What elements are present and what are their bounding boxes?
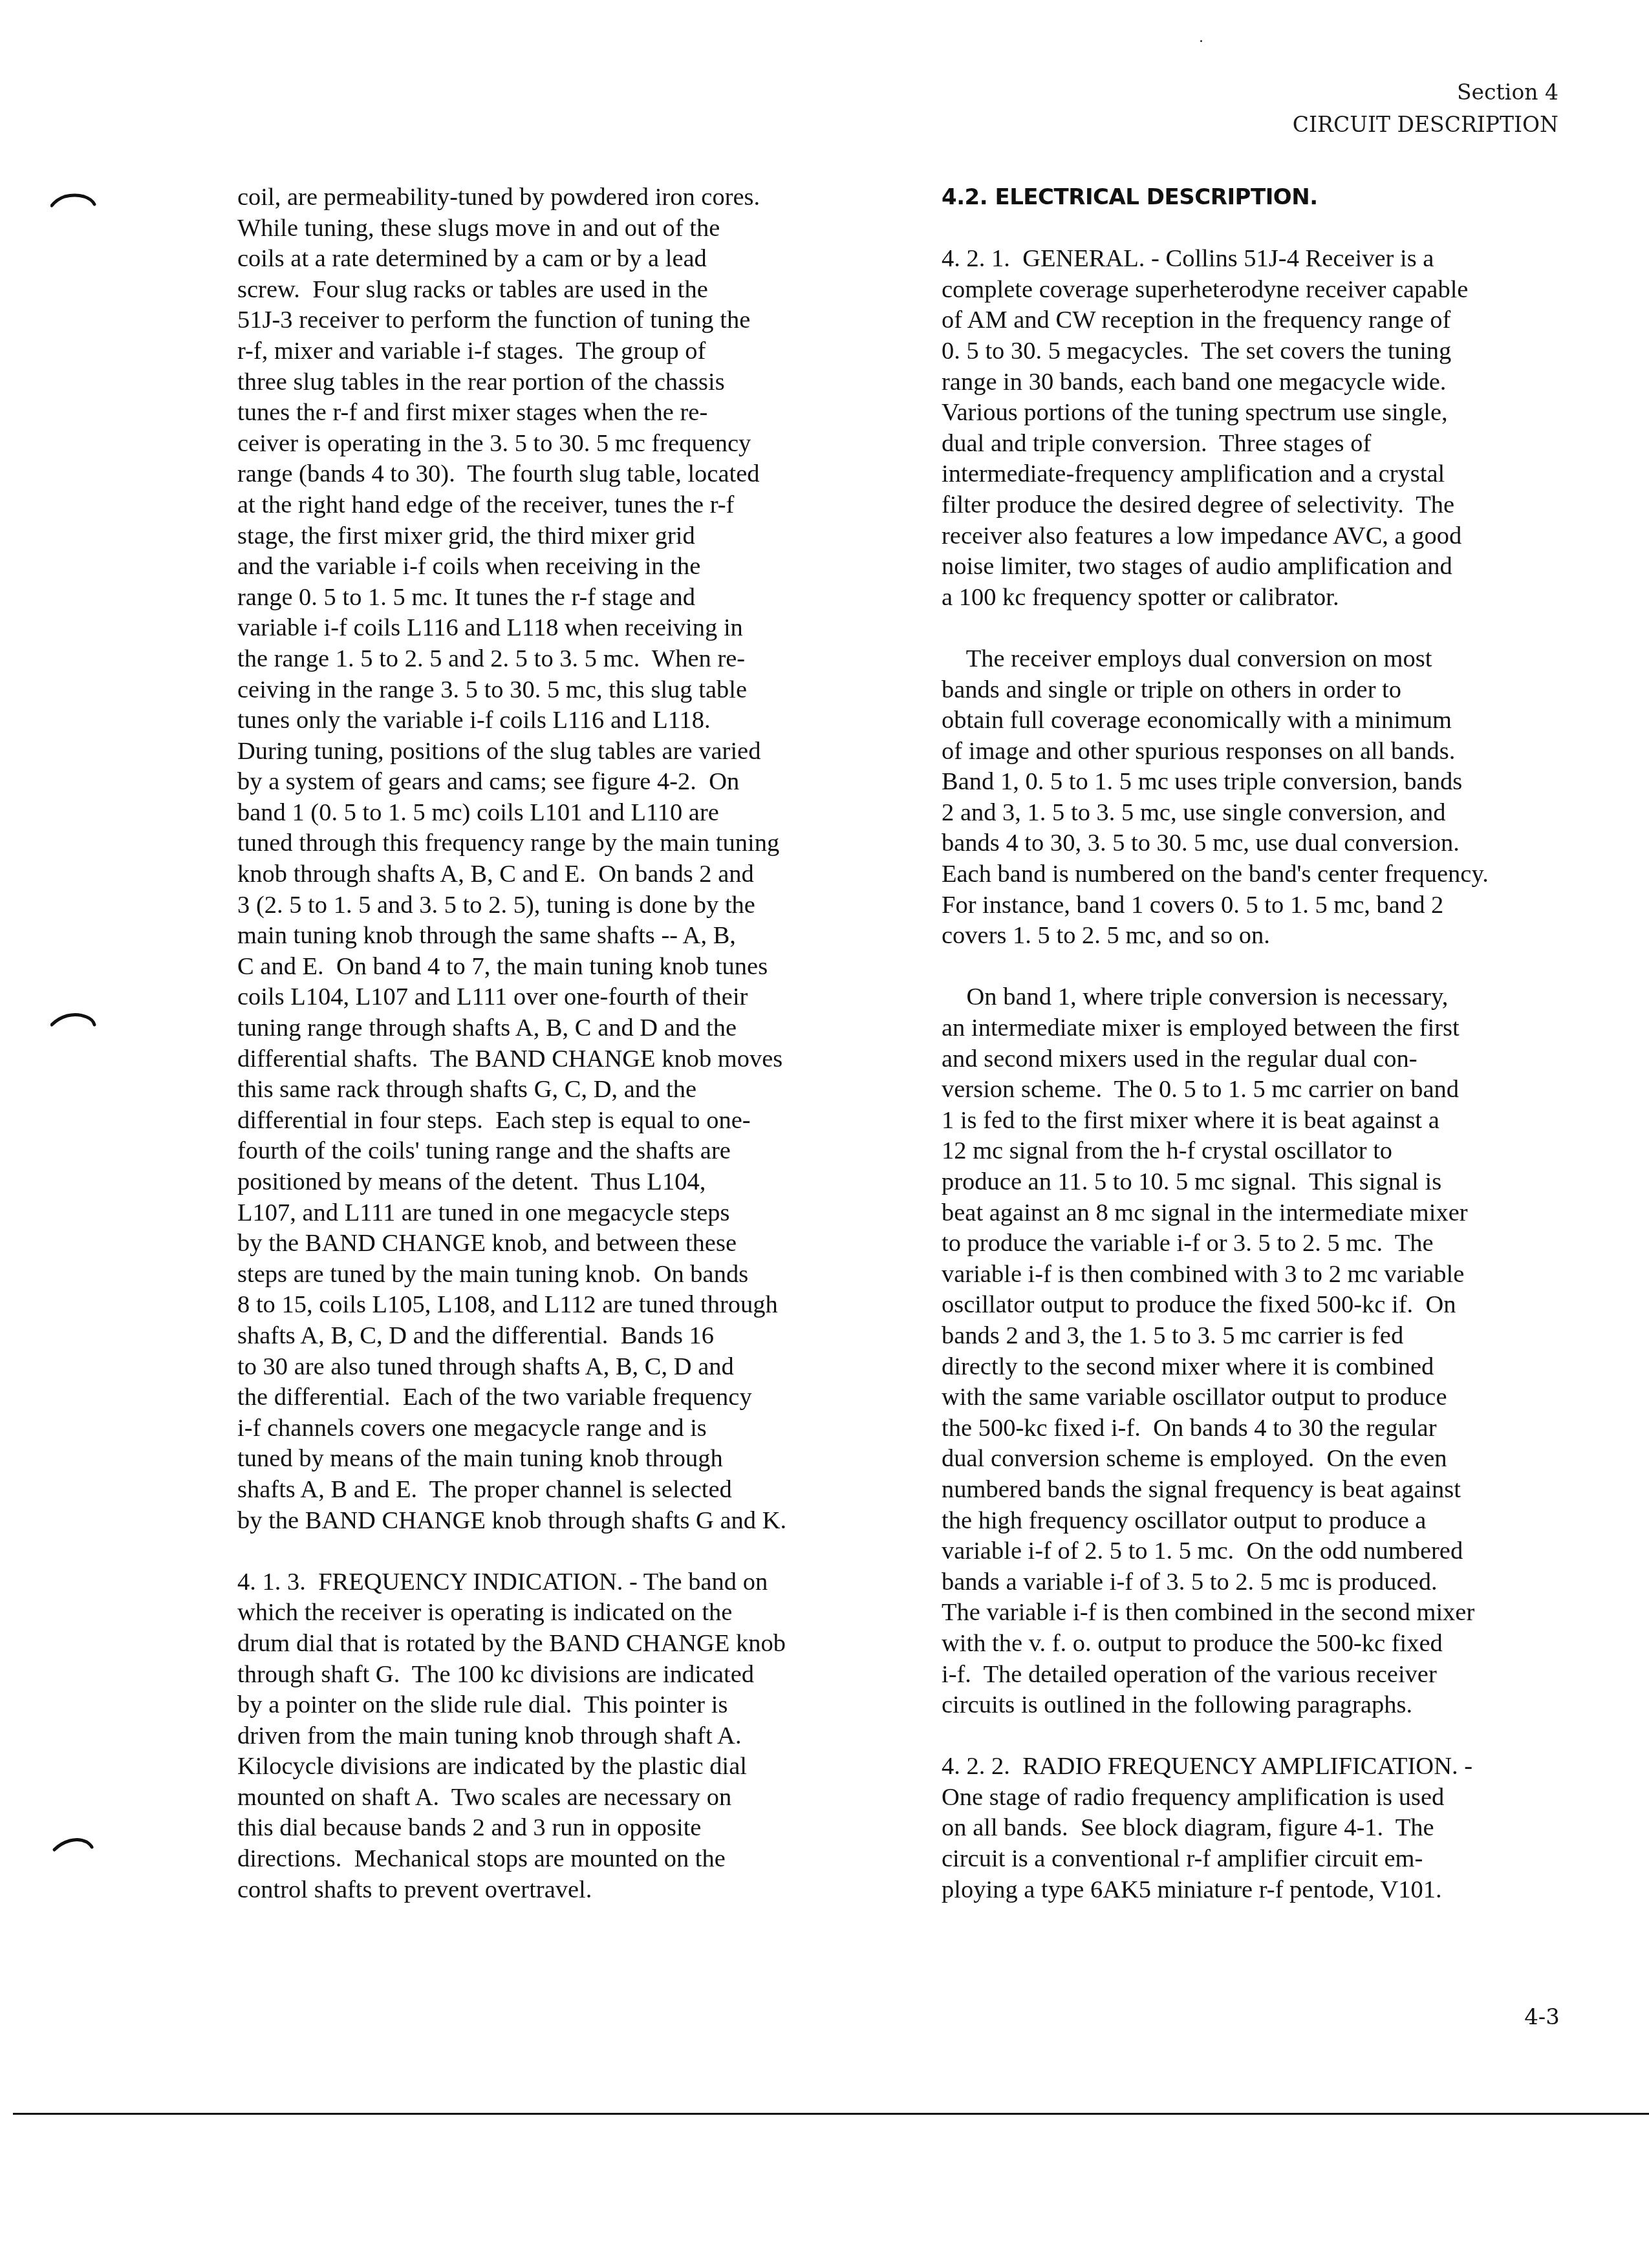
text-line: coil, are permeability-tuned by powdered… xyxy=(237,182,884,213)
text-line: to produce the variable i-f or 3. 5 to 2… xyxy=(942,1228,1588,1259)
text-line: r-f, mixer and variable i-f stages. The … xyxy=(237,336,884,367)
text-line: to 30 are also tuned through shafts A, B… xyxy=(237,1352,884,1383)
text-line: i-f. The detailed operation of the vario… xyxy=(942,1660,1588,1691)
text-line: noise limiter, two stages of audio ampli… xyxy=(942,551,1588,583)
text-line: by the BAND CHANGE knob, and between the… xyxy=(237,1228,884,1259)
section-label: Section 4 xyxy=(1293,76,1558,109)
text-line: During tuning, positions of the slug tab… xyxy=(237,736,884,767)
text-line: 4. 2. 2. RADIO FREQUENCY AMPLIFICATION. … xyxy=(942,1751,1588,1782)
text-line: with the same variable oscillator output… xyxy=(942,1382,1588,1413)
text-line: variable i-f of 2. 5 to 1. 5 mc. On the … xyxy=(942,1536,1588,1567)
text-line: tunes the r-f and first mixer stages whe… xyxy=(237,398,884,429)
text-line: circuits is outlined in the following pa… xyxy=(942,1690,1588,1721)
text-line: driven from the main tuning knob through… xyxy=(237,1721,884,1752)
text-line: coils at a rate determined by a cam or b… xyxy=(237,244,884,275)
text-line: dual conversion scheme is employed. On t… xyxy=(942,1444,1588,1475)
text-line: tuned through this frequency range by th… xyxy=(237,828,884,859)
text-line: and second mixers used in the regular du… xyxy=(942,1044,1588,1075)
text-line: One stage of radio frequency amplificati… xyxy=(942,1782,1588,1813)
punch-hole-arc-icon xyxy=(50,1835,97,1854)
text-line: directions. Mechanical stops are mounted… xyxy=(237,1844,884,1875)
text-line: ceiver is operating in the 3. 5 to 30. 5… xyxy=(237,429,884,460)
text-line: For instance, band 1 covers 0. 5 to 1. 5… xyxy=(942,890,1588,921)
right-column: 4.2. ELECTRICAL DESCRIPTION. 4. 2. 1. GE… xyxy=(942,182,1588,1905)
punch-hole-arc-icon xyxy=(50,1011,97,1029)
text-line: variable i-f coils L116 and L118 when re… xyxy=(237,613,884,644)
text-line: this dial because bands 2 and 3 run in o… xyxy=(237,1813,884,1844)
text-line: bands and single or triple on others in … xyxy=(942,675,1588,706)
text-line: 4. 1. 3. FREQUENCY INDICATION. - The ban… xyxy=(237,1567,884,1598)
page-header: Section 4 CIRCUIT DESCRIPTION xyxy=(1293,76,1558,141)
text-line: On band 1, where triple conversion is ne… xyxy=(942,982,1588,1013)
paragraph-slug-tuning: coil, are permeability-tuned by powdered… xyxy=(237,182,884,1536)
text-line: the high frequency oscillator output to … xyxy=(942,1506,1588,1537)
text-line: shafts A, B, C, D and the differential. … xyxy=(237,1321,884,1352)
text-line: the 500-kc fixed i-f. On bands 4 to 30 t… xyxy=(942,1413,1588,1444)
text-line: 0. 5 to 30. 5 megacycles. The set covers… xyxy=(942,336,1588,367)
text-line: with the v. f. o. output to produce the … xyxy=(942,1629,1588,1660)
text-line: 12 mc signal from the h-f crystal oscill… xyxy=(942,1136,1588,1167)
text-line: range in 30 bands, each band one megacyc… xyxy=(942,367,1588,398)
text-line: While tuning, these slugs move in and ou… xyxy=(237,213,884,244)
text-line: The receiver employs dual conversion on … xyxy=(942,644,1588,675)
text-line: i-f channels covers one megacycle range … xyxy=(237,1413,884,1444)
section-heading-electrical-description: 4.2. ELECTRICAL DESCRIPTION. xyxy=(942,182,1588,213)
text-line: drum dial that is rotated by the BAND CH… xyxy=(237,1629,884,1660)
text-line: and the variable i-f coils when receivin… xyxy=(237,551,884,583)
text-line: covers 1. 5 to 2. 5 mc, and so on. xyxy=(942,921,1588,952)
text-line: 3 (2. 5 to 1. 5 and 3. 5 to 2. 5), tunin… xyxy=(237,890,884,921)
page-bottom-rule xyxy=(13,2113,1649,2115)
text-line: oscillator output to produce the fixed 5… xyxy=(942,1290,1588,1321)
text-line: by a pointer on the slide rule dial. Thi… xyxy=(237,1690,884,1721)
paragraph-band1-triple-conversion: On band 1, where triple conversion is ne… xyxy=(942,982,1588,1720)
text-line: directly to the second mixer where it is… xyxy=(942,1352,1588,1383)
paragraph-rf-amplification: 4. 2. 2. RADIO FREQUENCY AMPLIFICATION. … xyxy=(942,1751,1588,1905)
text-line: C and E. On band 4 to 7, the main tuning… xyxy=(237,952,884,983)
paragraph-frequency-indication: 4. 1. 3. FREQUENCY INDICATION. - The ban… xyxy=(237,1567,884,1906)
left-column: coil, are permeability-tuned by powdered… xyxy=(237,182,884,1905)
text-line: dual and triple conversion. Three stages… xyxy=(942,429,1588,460)
text-line: Each band is numbered on the band's cent… xyxy=(942,859,1588,890)
text-line: the differential. Each of the two variab… xyxy=(237,1382,884,1413)
text-line: tuning range through shafts A, B, C and … xyxy=(237,1013,884,1044)
text-line: at the right hand edge of the receiver, … xyxy=(237,490,884,521)
text-line: by the BAND CHANGE knob through shafts G… xyxy=(237,1506,884,1537)
text-line: circuit is a conventional r-f amplifier … xyxy=(942,1844,1588,1875)
text-line: on all bands. See block diagram, figure … xyxy=(942,1813,1588,1844)
text-line: positioned by means of the detent. Thus … xyxy=(237,1167,884,1198)
punch-hole-arc-icon xyxy=(50,193,97,211)
text-line: 51J-3 receiver to perform the function o… xyxy=(237,305,884,336)
text-line: through shaft G. The 100 kc divisions ar… xyxy=(237,1660,884,1691)
text-line: intermediate-frequency amplification and… xyxy=(942,459,1588,490)
text-line: bands a variable i-f of 3. 5 to 2. 5 mc … xyxy=(942,1567,1588,1598)
text-line: 2 and 3, 1. 5 to 3. 5 mc, use single con… xyxy=(942,798,1588,829)
text-line: tuned by means of the main tuning knob t… xyxy=(237,1444,884,1475)
scan-speck xyxy=(1200,40,1202,42)
text-line: coils L104, L107 and L111 over one-fourt… xyxy=(237,982,884,1013)
text-line: 4. 2. 1. GENERAL. - Collins 51J-4 Receiv… xyxy=(942,244,1588,275)
text-line: screw. Four slug racks or tables are use… xyxy=(237,275,884,306)
text-line: bands 2 and 3, the 1. 5 to 3. 5 mc carri… xyxy=(942,1321,1588,1352)
section-title: CIRCUIT DESCRIPTION xyxy=(1293,109,1558,141)
text-line: the range 1. 5 to 2. 5 and 2. 5 to 3. 5 … xyxy=(237,644,884,675)
text-line: range 0. 5 to 1. 5 mc. It tunes the r-f … xyxy=(237,583,884,614)
text-line: main tuning knob through the same shafts… xyxy=(237,921,884,952)
text-line: band 1 (0. 5 to 1. 5 mc) coils L101 and … xyxy=(237,798,884,829)
text-line: a 100 kc frequency spotter or calibrator… xyxy=(942,583,1588,614)
text-line: mounted on shaft A. Two scales are neces… xyxy=(237,1782,884,1813)
text-line: ceiving in the range 3. 5 to 30. 5 mc, t… xyxy=(237,675,884,706)
text-line: ploying a type 6AK5 miniature r-f pentod… xyxy=(942,1875,1588,1906)
text-line: version scheme. The 0. 5 to 1. 5 mc carr… xyxy=(942,1075,1588,1106)
text-line: of image and other spurious responses on… xyxy=(942,736,1588,767)
text-line: Band 1, 0. 5 to 1. 5 mc uses triple conv… xyxy=(942,767,1588,798)
paragraph-conversion-overview: The receiver employs dual conversion on … xyxy=(942,644,1588,952)
text-line: tunes only the variable i-f coils L116 a… xyxy=(237,705,884,736)
text-line: three slug tables in the rear portion of… xyxy=(237,367,884,398)
page-number: 4-3 xyxy=(1524,2004,1560,2030)
text-line: by a system of gears and cams; see figur… xyxy=(237,767,884,798)
text-line: Various portions of the tuning spectrum … xyxy=(942,398,1588,429)
text-line: L107, and L111 are tuned in one megacycl… xyxy=(237,1198,884,1229)
text-line: fourth of the coils' tuning range and th… xyxy=(237,1136,884,1167)
text-line: steps are tuned by the main tuning knob.… xyxy=(237,1259,884,1290)
text-line: bands 4 to 30, 3. 5 to 30. 5 mc, use dua… xyxy=(942,828,1588,859)
text-line: shafts A, B and E. The proper channel is… xyxy=(237,1475,884,1506)
text-line: this same rack through shafts G, C, D, a… xyxy=(237,1075,884,1106)
text-line: complete coverage superheterodyne receiv… xyxy=(942,275,1588,306)
text-line: The variable i-f is then combined in the… xyxy=(942,1598,1588,1629)
text-line: receiver also features a low impedance A… xyxy=(942,521,1588,552)
text-line: of AM and CW reception in the frequency … xyxy=(942,305,1588,336)
text-line: Kilocycle divisions are indicated by the… xyxy=(237,1751,884,1782)
text-line: 1 is fed to the first mixer where it is … xyxy=(942,1106,1588,1137)
text-line: an intermediate mixer is employed betwee… xyxy=(942,1013,1588,1044)
text-line: filter produce the desired degree of sel… xyxy=(942,490,1588,521)
text-line: range (bands 4 to 30). The fourth slug t… xyxy=(237,459,884,490)
text-line: differential shafts. The BAND CHANGE kno… xyxy=(237,1044,884,1075)
text-line: control shafts to prevent overtravel. xyxy=(237,1875,884,1906)
text-line: which the receiver is operating is indic… xyxy=(237,1598,884,1629)
text-line: obtain full coverage economically with a… xyxy=(942,705,1588,736)
text-line: produce an 11. 5 to 10. 5 mc signal. Thi… xyxy=(942,1167,1588,1198)
paragraph-general: 4. 2. 1. GENERAL. - Collins 51J-4 Receiv… xyxy=(942,244,1588,613)
text-line: numbered bands the signal frequency is b… xyxy=(942,1475,1588,1506)
text-line: differential in four steps. Each step is… xyxy=(237,1106,884,1137)
text-line: beat against an 8 mc signal in the inter… xyxy=(942,1198,1588,1229)
text-line: stage, the first mixer grid, the third m… xyxy=(237,521,884,552)
text-line: knob through shafts A, B, C and E. On ba… xyxy=(237,859,884,890)
text-line: variable i-f is then combined with 3 to … xyxy=(942,1259,1588,1290)
text-line: 8 to 15, coils L105, L108, and L112 are … xyxy=(237,1290,884,1321)
